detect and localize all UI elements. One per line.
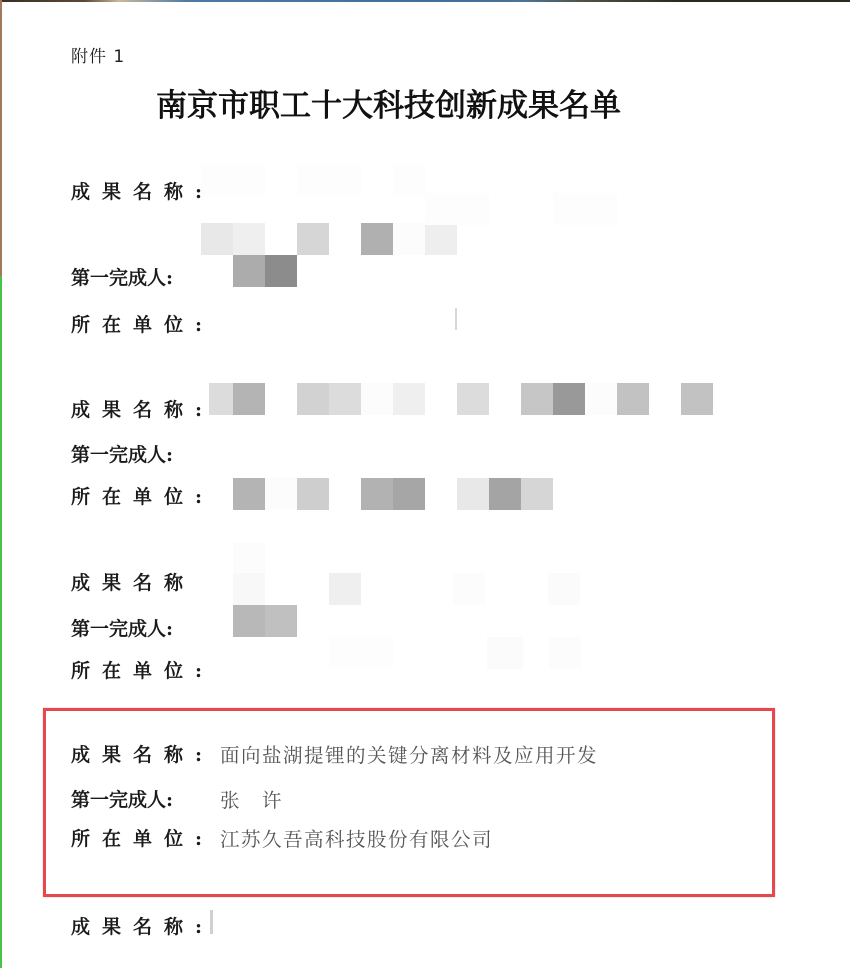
photo-top-edge [0,0,850,2]
redaction-block [361,223,393,255]
achievement-name-label: 成果名称: [71,177,202,204]
first-contributor-label: 第一完成人: [71,614,173,641]
redaction-block [521,478,553,510]
photo-left-edge-green [0,276,2,968]
first-contributor-label: 第一完成人: [71,440,173,467]
redaction-block [585,383,617,415]
redaction-block [233,573,265,605]
redaction-block [297,163,361,195]
redaction-block [329,573,361,605]
redaction-block [297,223,329,255]
achievement-name-label: 成果名称: [71,912,202,939]
redaction-block [361,383,393,415]
first-contributor-label: 第一完成人: [71,263,173,290]
redaction-block [487,637,523,669]
redaction-block [265,478,297,510]
redaction-block [233,478,265,510]
redaction-block [425,193,489,225]
redaction-block [209,383,233,415]
redaction-block [553,383,585,415]
redaction-block [617,383,649,415]
redaction-block [681,383,713,415]
document-title: 南京市职工十大科技创新成果名单 [156,80,621,125]
organization-label: 所在单位: [71,656,202,683]
redaction-block [201,163,265,195]
redaction-block [265,605,297,637]
redaction-block [297,383,329,415]
redaction-block [393,383,425,415]
redaction-block [393,478,425,510]
organization-label: 所在单位: [71,824,202,851]
redaction-block [233,255,265,287]
redaction-block [233,383,265,415]
redaction-block [233,605,265,637]
photo-left-edge [0,0,2,276]
achievement-name-label: 成果名称: [71,395,202,422]
redaction-block [265,255,297,287]
redaction-block [455,308,457,330]
redaction-block [233,223,265,255]
redaction-block [201,223,233,255]
redaction-block [553,193,617,225]
redaction-block [393,163,425,195]
achievement-name-label: 成果名称 [71,568,195,595]
attachment-label: 附件 1 [71,42,125,67]
redaction-block [521,383,553,415]
redaction-block [453,573,485,605]
redaction-block [210,910,213,934]
redaction-block [361,478,393,510]
redaction-block [393,223,425,255]
redaction-block [329,383,361,415]
first-contributor-value: 张 许 [220,785,283,813]
redaction-block [549,637,581,669]
redaction-block [457,383,489,415]
first-contributor-label: 第一完成人: [71,785,173,812]
achievement-name-value: 面向盐湖提锂的关键分离材料及应用开发 [220,740,598,768]
achievement-name-label: 成果名称: [71,740,202,767]
organization-value: 江苏久吾高科技股份有限公司 [220,824,493,852]
organization-label: 所在单位: [71,482,202,509]
organization-label: 所在单位: [71,310,202,337]
redaction-block [425,223,457,255]
redaction-block [329,637,393,669]
redaction-block [233,543,265,575]
redaction-block [489,478,521,510]
redaction-block [297,478,329,510]
redaction-block [457,478,489,510]
redaction-block [548,573,580,605]
